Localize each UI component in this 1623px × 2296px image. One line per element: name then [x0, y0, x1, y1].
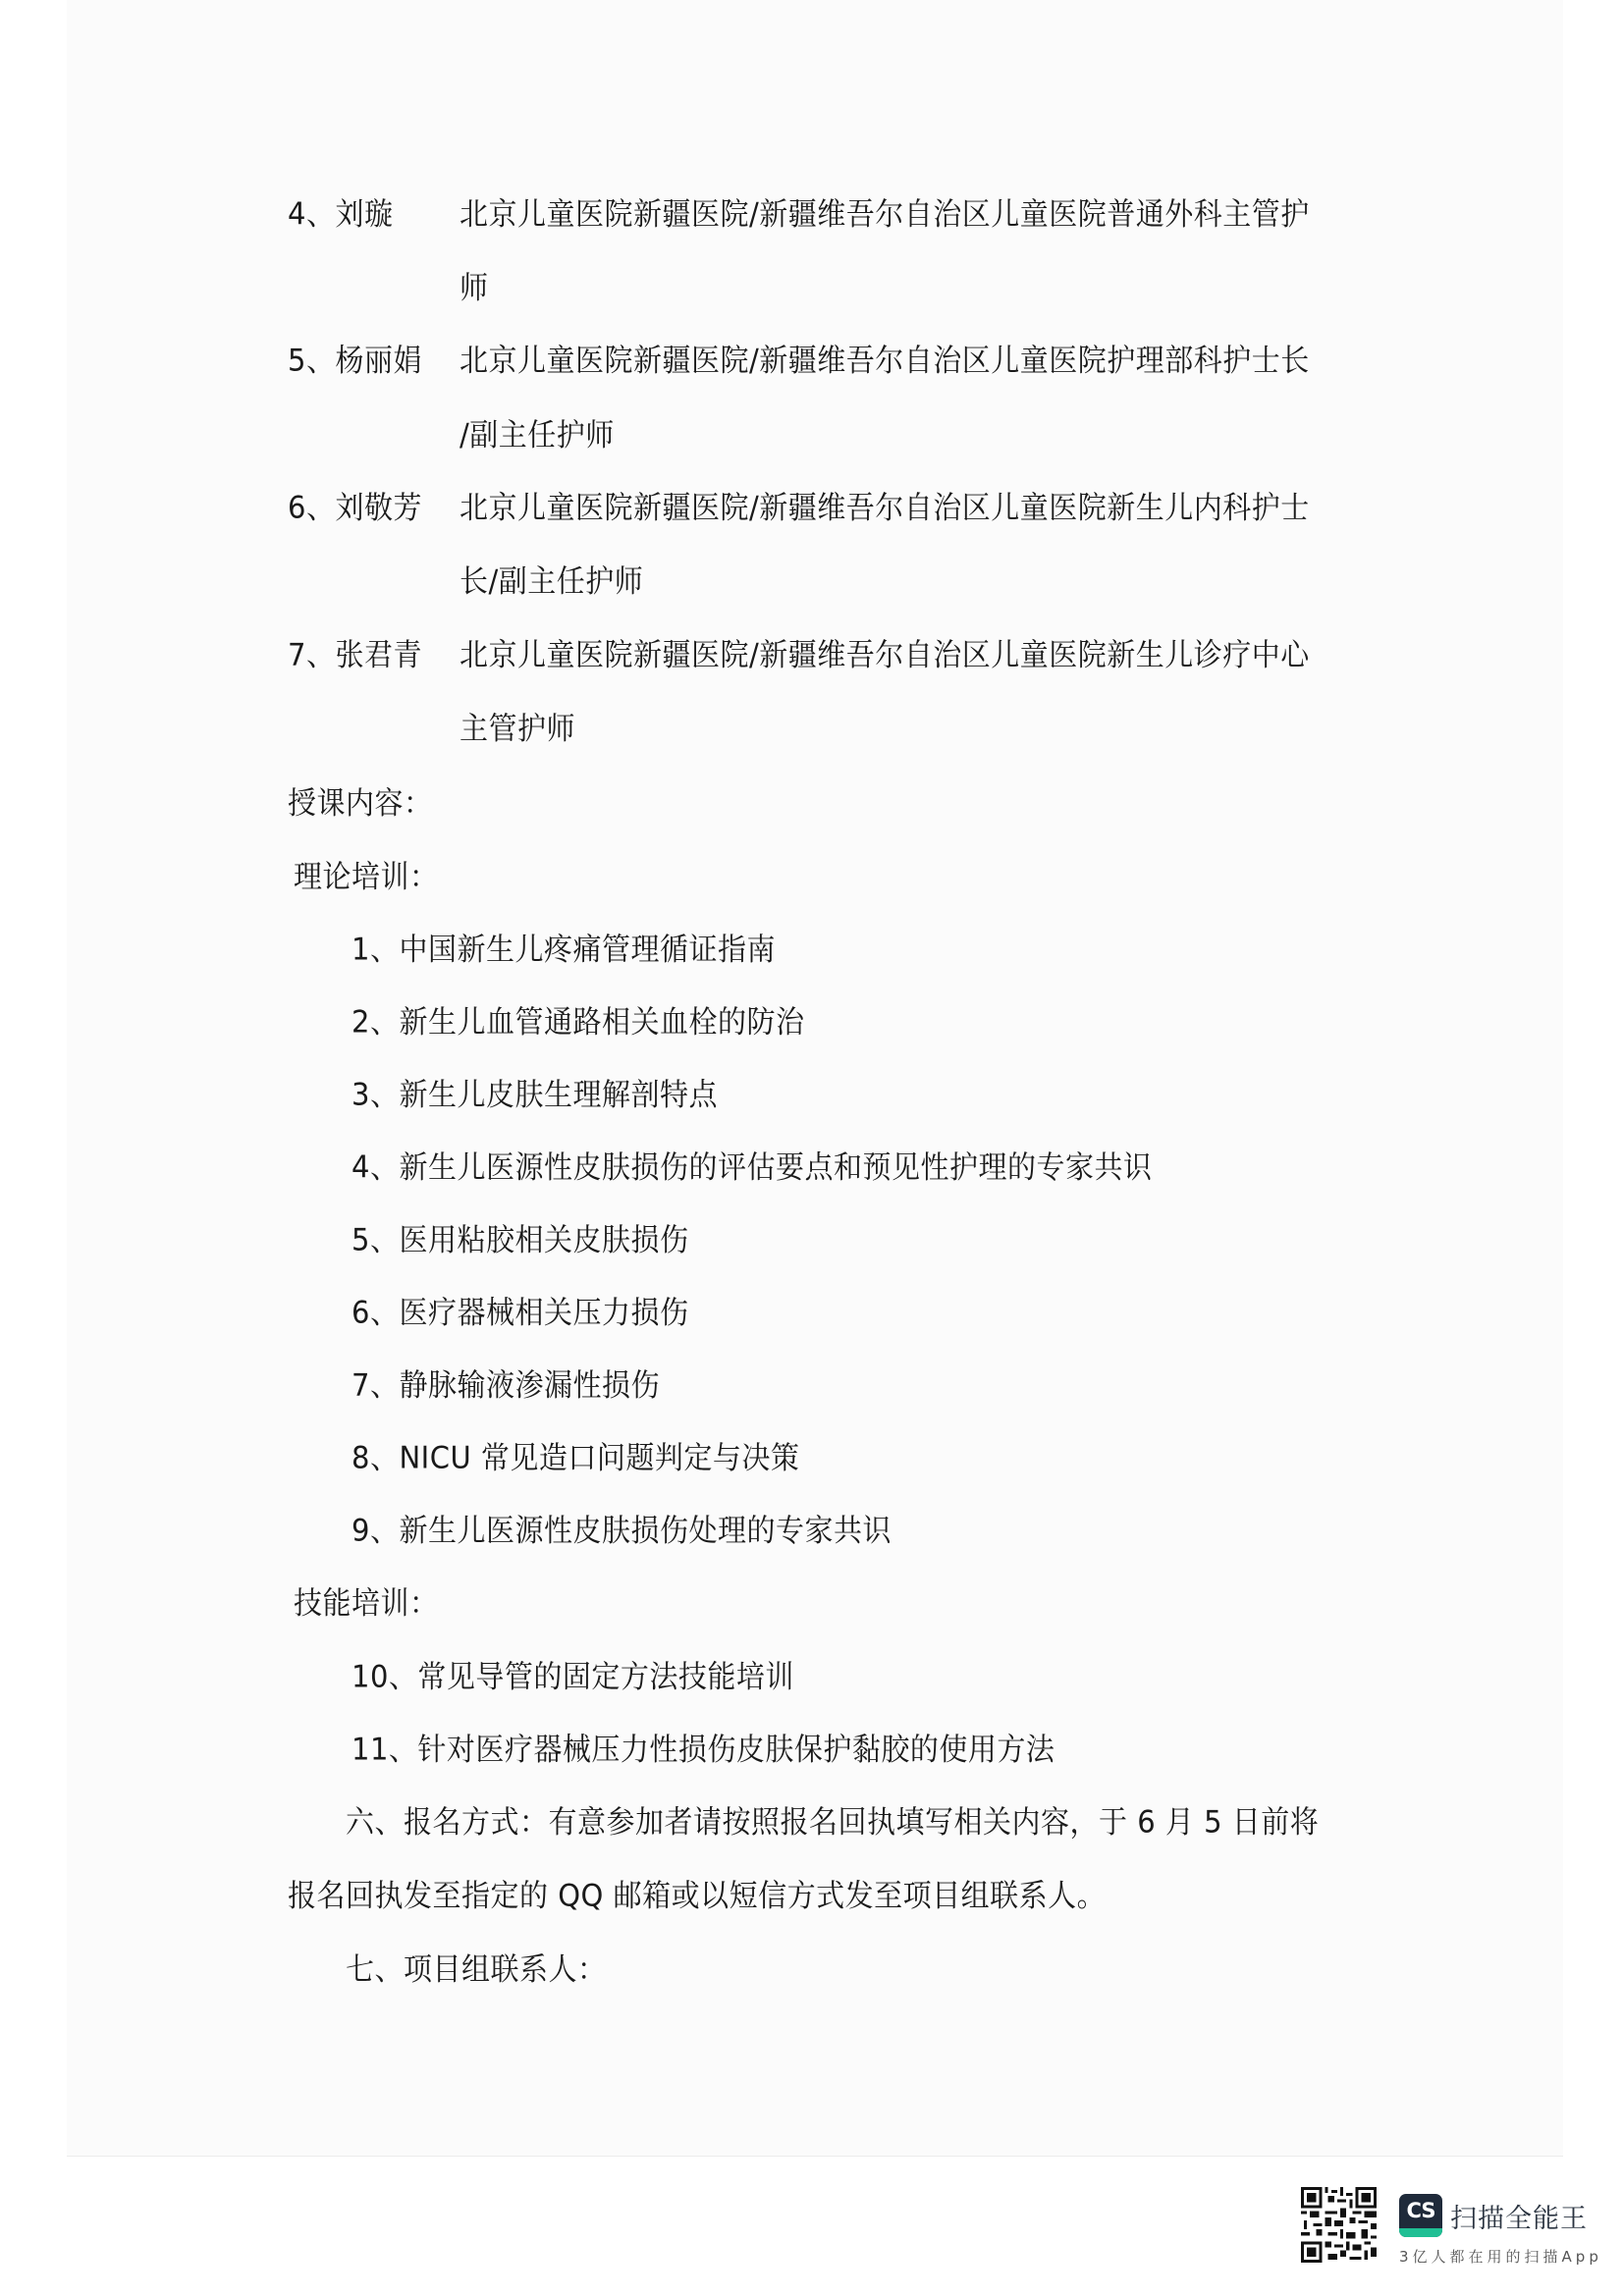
- expert-5-name: 5、杨丽娟: [288, 339, 422, 381]
- camscanner-watermark: CS 扫描全能王 3亿人都在用的扫描App: [1301, 2187, 1615, 2285]
- qr-code-icon: [1301, 2187, 1377, 2263]
- course-content-heading: 授课内容：: [288, 781, 433, 824]
- theory-item: 9、新生儿医源性皮肤损伤处理的专家共识: [352, 1509, 892, 1551]
- theory-item: 6、医疗器械相关压力损伤: [352, 1291, 688, 1333]
- registration-text-line2: 报名回执发至指定的 QQ 邮箱或以短信方式发至项目组联系人。: [288, 1874, 1106, 1916]
- expert-6-desc: 北京儿童医院新疆医院/新疆维吾尔自治区儿童医院新生儿内科护士: [460, 486, 1310, 528]
- skills-item: 11、针对医疗器械压力性损伤皮肤保护黏胶的使用方法: [352, 1728, 1055, 1770]
- expert-4-name: 4、刘璇: [288, 192, 393, 235]
- expert-7-name: 7、张君青: [288, 633, 422, 675]
- theory-item: 4、新生儿医源性皮肤损伤的评估要点和预见性护理的专家共识: [352, 1146, 1152, 1188]
- theory-item: 3、新生儿皮肤生理解剖特点: [352, 1073, 718, 1115]
- theory-heading: 理论培训：: [294, 855, 439, 897]
- contact-heading: 七、项目组联系人：: [346, 1948, 607, 1990]
- theory-item: 2、新生儿血管通路相关血栓的防治: [352, 1000, 804, 1042]
- camscanner-logo-icon: CS: [1399, 2194, 1442, 2237]
- theory-item: 7、静脉输液渗漏性损伤: [352, 1363, 660, 1406]
- skills-heading: 技能培训：: [294, 1581, 439, 1624]
- theory-item: 5、医用粘胶相关皮肤损伤: [352, 1218, 688, 1260]
- expert-6-name: 6、刘敬芳: [288, 486, 422, 528]
- expert-6-desc-cont: 长/副主任护师: [460, 560, 643, 602]
- expert-7-desc: 北京儿童医院新疆医院/新疆维吾尔自治区儿童医院新生儿诊疗中心: [460, 633, 1310, 675]
- expert-5-desc-cont: /副主任护师: [460, 413, 615, 455]
- skills-item: 10、常见导管的固定方法技能培训: [352, 1655, 794, 1697]
- registration-text-line1: 六、报名方式：有意参加者请按照报名回执填写相关内容，于 6 月 5 日前将: [346, 1800, 1319, 1842]
- expert-4-desc-cont: 师: [460, 266, 489, 308]
- brand-slogan: 3亿人都在用的扫描App: [1399, 2246, 1602, 2267]
- brand-name: 扫描全能王: [1450, 2197, 1588, 2235]
- theory-item: 8、NICU 常见造口问题判定与决策: [352, 1436, 799, 1478]
- expert-5-desc: 北京儿童医院新疆医院/新疆维吾尔自治区儿童医院护理部科护士长: [460, 339, 1310, 381]
- expert-4-desc: 北京儿童医院新疆医院/新疆维吾尔自治区儿童医院普通外科主管护: [460, 192, 1310, 235]
- expert-7-desc-cont: 主管护师: [460, 707, 575, 749]
- theory-item: 1、中国新生儿疼痛管理循证指南: [352, 928, 776, 970]
